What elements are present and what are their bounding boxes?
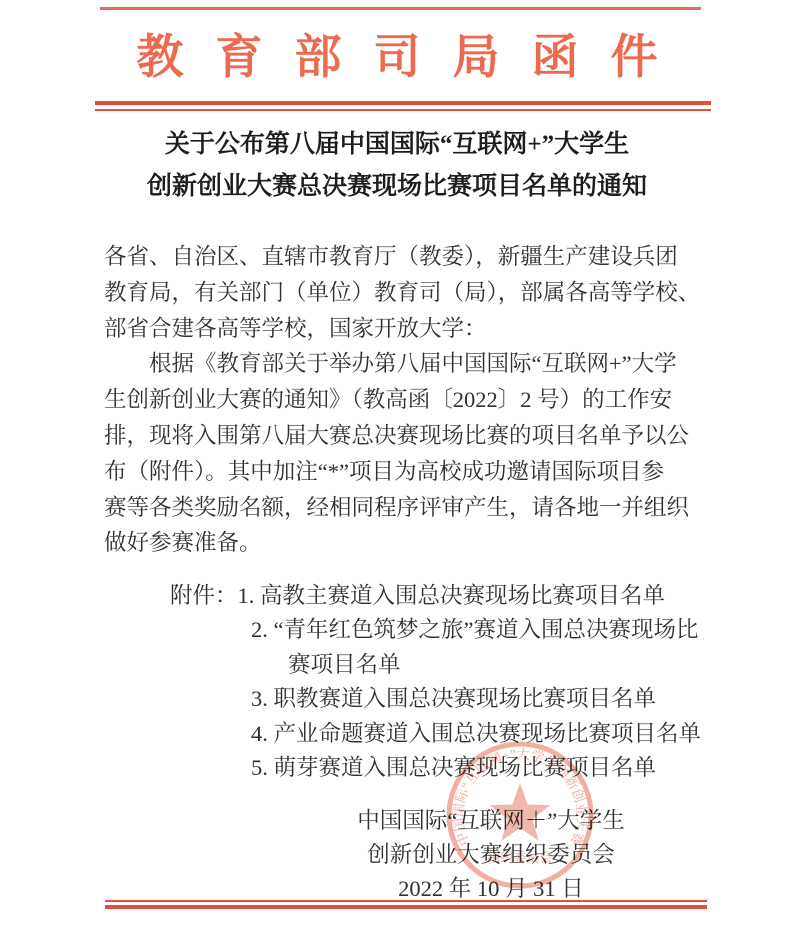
attachment-line: 5. 萌芽赛道入围总决赛现场比赛项目名单 — [170, 751, 710, 785]
attachment-line: 附件：1. 高教主赛道入围总决赛现场比赛项目名单 — [170, 579, 710, 613]
paragraph-line: 布（附件）。其中加注“*”项目为高校成功邀请国际项目参 — [104, 454, 694, 490]
recipient-line: 部省合建各高等学校，国家开放大学： — [104, 311, 694, 347]
letterhead-rule-thick — [95, 101, 711, 105]
attachment-line: 赛项目名单 — [170, 648, 710, 682]
signer-org-line2: 创新创业大赛组织委员会 — [345, 838, 637, 872]
paragraph-line: 排，现将入围第八届大赛总决赛现场比赛的项目名单予以公 — [104, 418, 694, 454]
body-text: 各省、自治区、直辖市教育厅（教委），新疆生产建设兵团 教育局，有关部门（单位）教… — [104, 239, 694, 561]
signer-org-line1: 中国国际“互联网＋”大学生 — [345, 804, 637, 838]
attachment-line: 2. “青年红色筑梦之旅”赛道入围总决赛现场比 — [170, 613, 710, 647]
document-title-line2: 创新创业大赛总决赛现场比赛项目名单的通知 — [0, 166, 794, 208]
footer-rule-thick — [105, 905, 707, 909]
recipient-line: 各省、自治区、直辖市教育厅（教委），新疆生产建设兵团 — [104, 239, 694, 275]
top-red-rule — [100, 7, 701, 10]
paragraph-line: 赛等各类奖励名额，经相同程序评审产生，请各地一并组织 — [104, 490, 694, 526]
paragraph-line: 根据《教育部关于举办第八届中国国际“互联网+”大学 — [104, 346, 694, 382]
letterhead-rule-thin — [95, 109, 711, 111]
attachment-list: 附件：1. 高教主赛道入围总决赛现场比赛项目名单 2. “青年红色筑梦之旅”赛道… — [170, 579, 710, 785]
document-title-line1: 关于公布第八届中国国际“互联网+”大学生 — [0, 124, 794, 166]
footer-rule-thin — [105, 900, 707, 902]
recipient-line: 教育局，有关部门（单位）教育司（局），部属各高等学校、 — [104, 275, 694, 311]
paragraph-line: 生创新创业大赛的通知》（教高函〔2022〕2 号）的工作安 — [104, 382, 694, 418]
document-title: 关于公布第八届中国国际“互联网+”大学生 创新创业大赛总决赛现场比赛项目名单的通… — [0, 124, 794, 208]
letterhead-title: 教育部司局函件 — [0, 20, 794, 87]
paragraph-line: 做好参赛准备。 — [104, 525, 694, 561]
attachment-line: 3. 职教赛道入围总决赛现场比赛项目名单 — [170, 682, 710, 716]
document-page: 教育部司局函件 关于公布第八届中国国际“互联网+”大学生 创新创业大赛总决赛现场… — [0, 0, 794, 939]
signature-block: 中国国际“互联网＋”大学生 创新创业大赛组织委员会 2022 年 10 月 31… — [345, 804, 637, 906]
attachment-line: 4. 产业命题赛道入围总决赛现场比赛项目名单 — [170, 717, 710, 751]
